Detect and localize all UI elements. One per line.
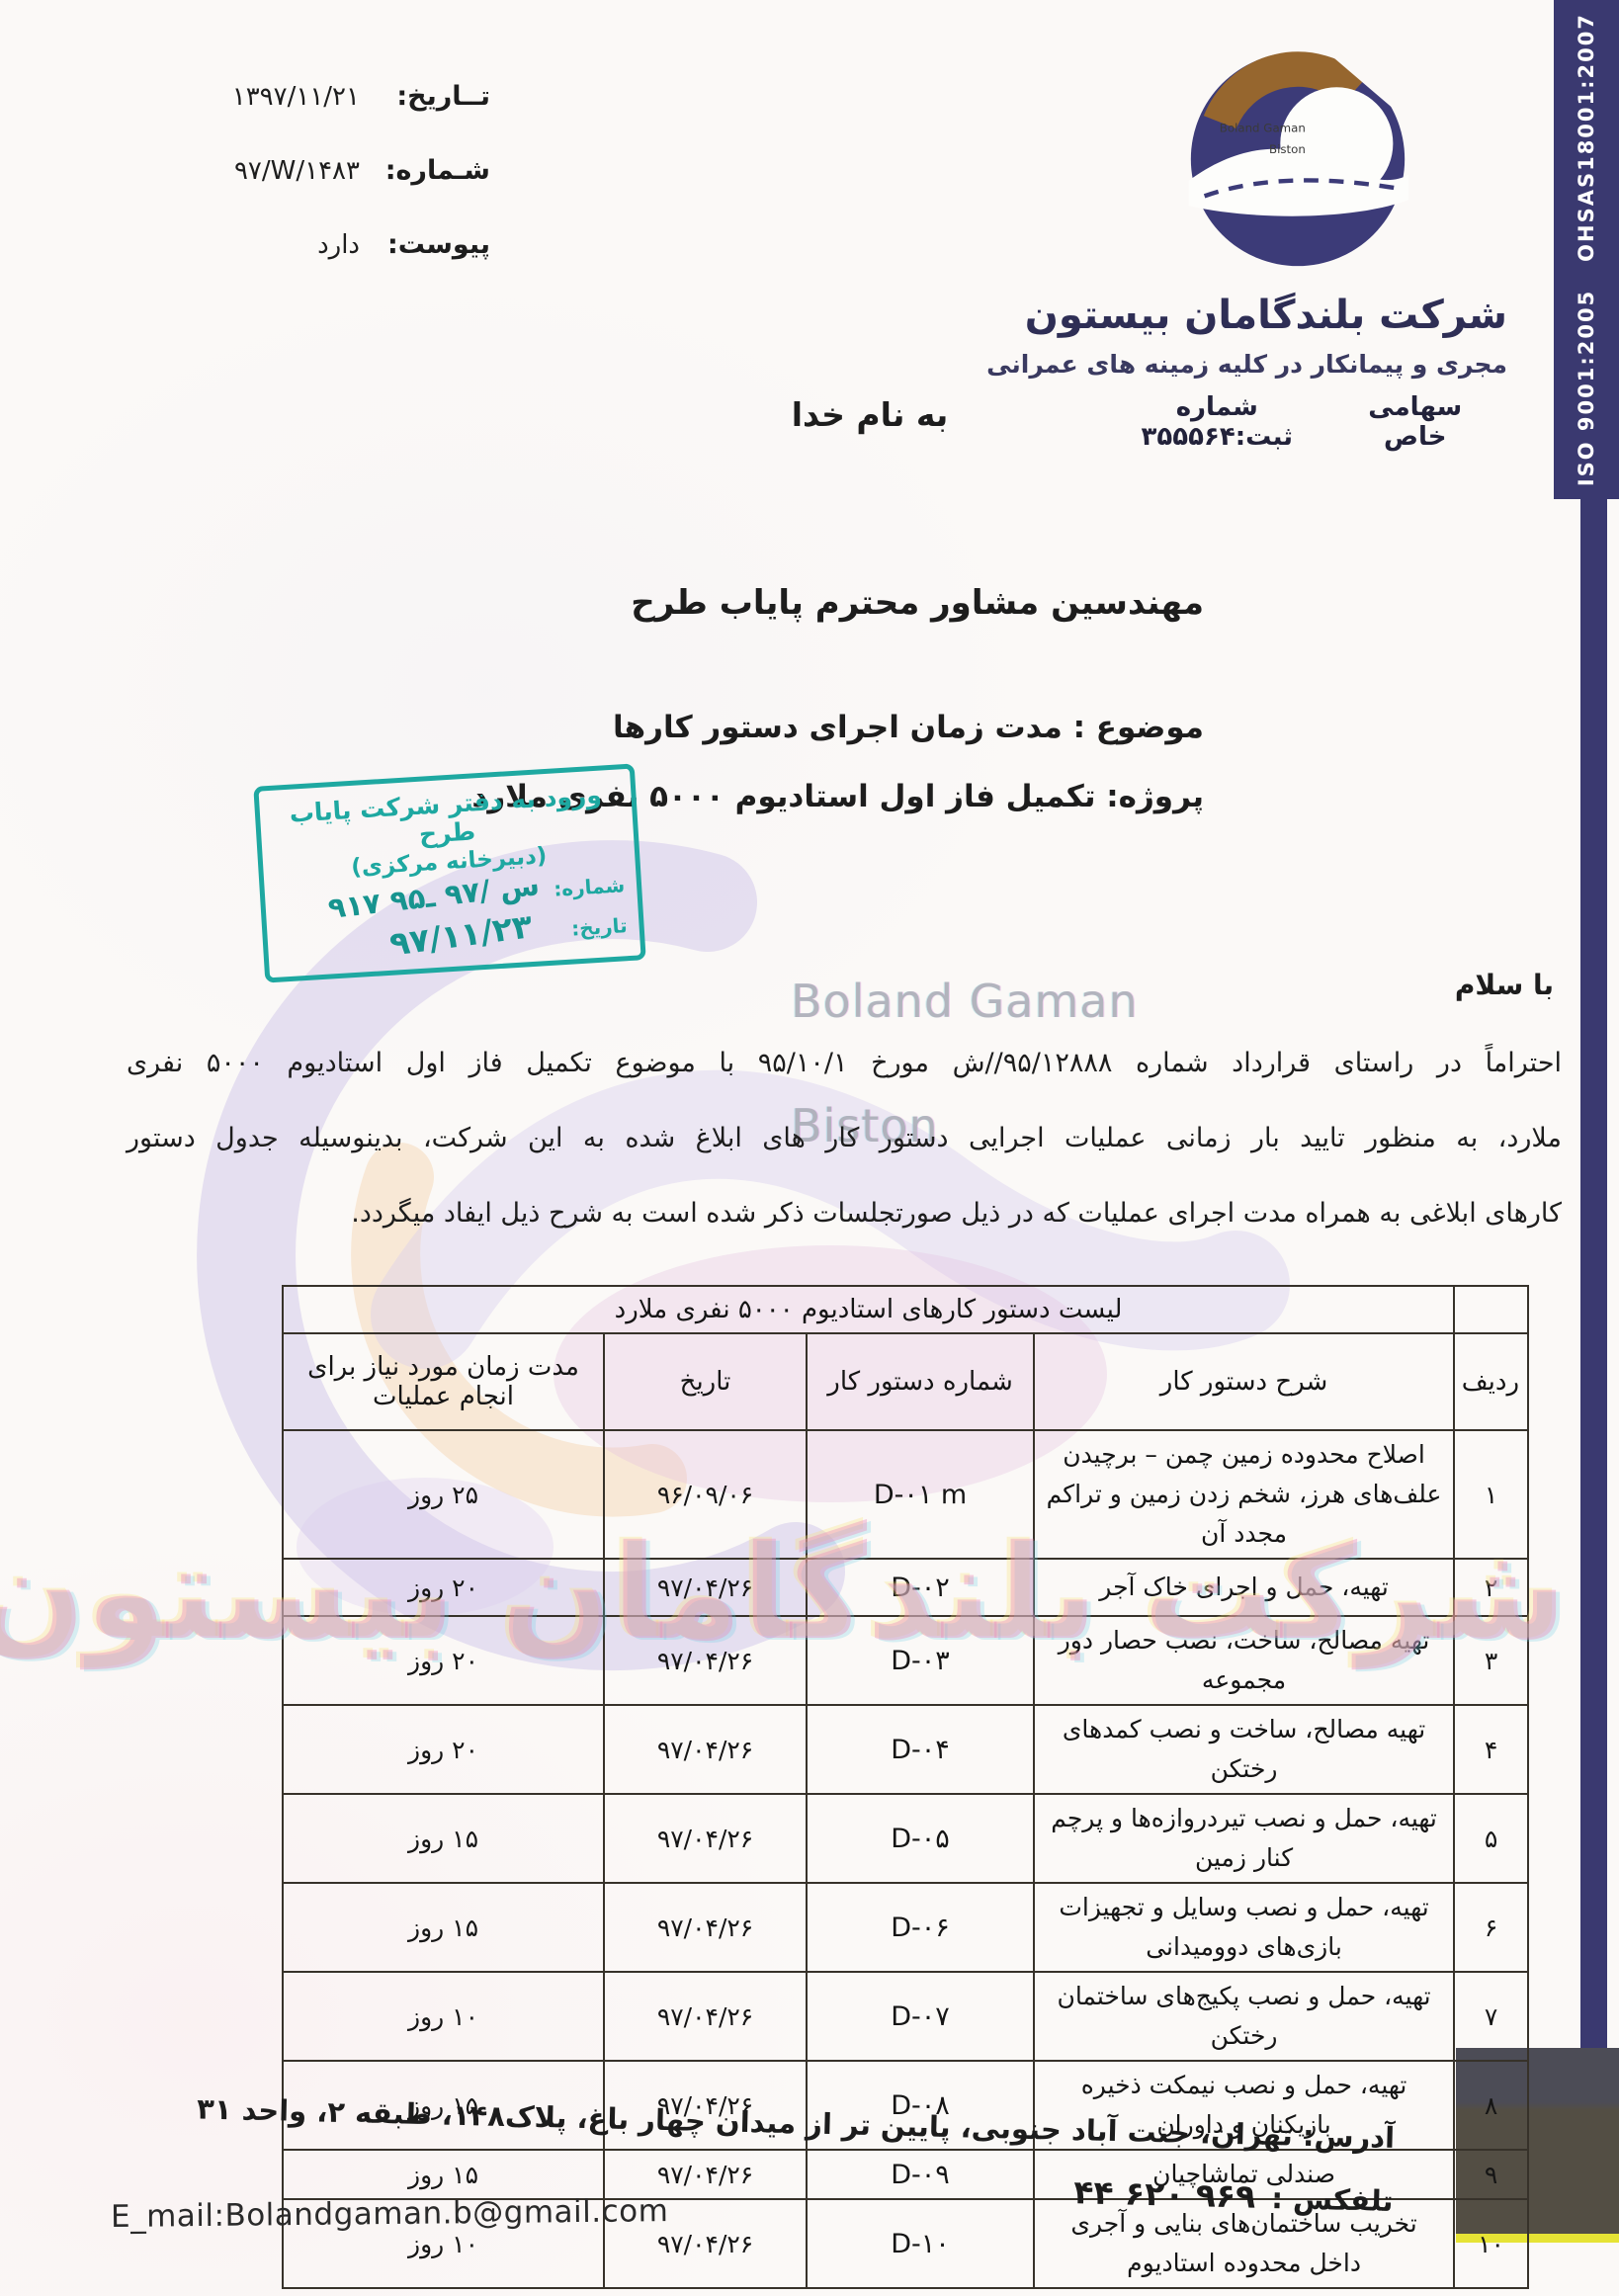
header-description: شرح دستور کار [1034, 1333, 1454, 1430]
table-row: ۷تهیه، حمل و نصب پکیج‌های ساختمان رختکنD… [283, 1972, 1528, 2061]
meta-attachment-row: پیوست: دارد [127, 229, 490, 260]
date-value: ۱۳۹۷/۱۱/۲۱ [232, 82, 360, 112]
cell-row-number: ۸ [1454, 2061, 1528, 2150]
telefax-label: تلفکس : [1271, 2181, 1394, 2218]
body-line: ملارد، به منظور تایید بار زمانی عملیات ا… [127, 1101, 1562, 1176]
company-name: شرکت بلندگامان بیستون [1087, 293, 1507, 338]
company-logo-graphic: Boland Gaman Biston [1181, 42, 1414, 277]
meta-date-row: تــاریخ: ۱۳۹۷/۱۱/۲۱ [127, 81, 490, 112]
cell-order-no: D-۰۱ m [807, 1430, 1034, 1559]
cell-description: تهیه مصالح، ساخت، نصب حصار دور مجموعه [1034, 1616, 1454, 1705]
header-order-no: شماره دستور کار [807, 1333, 1034, 1430]
cell-date: ۹۶/۰۹/۰۶ [604, 1430, 807, 1559]
cell-duration: ۲۰ روز [283, 1616, 604, 1705]
cell-duration: ۲۵ روز [283, 1430, 604, 1559]
cell-duration: ۱۵ روز [283, 1883, 604, 1972]
letter-meta-fields: تــاریخ: ۱۳۹۷/۱۱/۲۱ شـماره: ۹۷/W/۱۴۸۳ پی… [127, 81, 490, 303]
company-registration-row: سهامی خاص شماره ثبت:۳۵۵۵۶۴ [1087, 392, 1507, 452]
cell-description: تهیه، حمل و نصب وسایل و تجهیزات بازی‌های… [1034, 1883, 1454, 1972]
table-row: ۵تهیه، حمل و نصب تیردروازه‌ها و پرچم کنا… [283, 1794, 1528, 1883]
date-label: تــاریخ: [374, 81, 490, 112]
footer-email: E_mail:Bolandgaman.b@gmail.com [111, 2193, 669, 2235]
company-brand: Boland Gaman Biston شرکت بلندگامان بیستو… [1087, 42, 1507, 452]
table-row: ۲تهیه، حمل و اجرای خاک آجرD-۰۲۹۷/۰۴/۲۶۲۰… [283, 1559, 1528, 1616]
addressee-line: مهندسین مشاور محترم پایاب طرح [631, 583, 1204, 623]
cell-row-number: ۵ [1454, 1794, 1528, 1883]
cell-row-number: ۴ [1454, 1705, 1528, 1794]
table-row: ۳تهیه مصالح، ساخت، نصب حصار دور مجموعهD-… [283, 1616, 1528, 1705]
stamp-number-label: شماره: [554, 873, 626, 900]
company-tagline: مجری و پیمانکار در کلیه زمینه های عمرانی [1087, 350, 1507, 379]
entry-stamp: ورود به دفتر شرکت پایاب طرح (دبیرخانه مر… [253, 763, 645, 982]
cell-order-no: D-۰۵ [807, 1794, 1034, 1883]
cell-description: تهیه، حمل و اجرای خاک آجر [1034, 1559, 1454, 1616]
cell-order-no: D-۱۰ [807, 2199, 1034, 2288]
table-title: لیست دستور کارهای استادیوم ۵۰۰۰ نفری ملا… [283, 1286, 1454, 1333]
table-row: ۴تهیه مصالح، ساخت و نصب کمدهای رختکنD-۰۴… [283, 1705, 1528, 1794]
svg-text:Biston: Biston [1269, 142, 1306, 156]
cell-order-no: D-۰۷ [807, 1972, 1034, 2061]
table-row: ۱اصلاح محدوده زمین چمن – برچیدن علف‌های … [283, 1430, 1528, 1559]
cell-description: تهیه، حمل و نصب تیردروازه‌ها و پرچم کنار… [1034, 1794, 1454, 1883]
cell-date: ۹۷/۰۴/۲۶ [604, 1705, 807, 1794]
table-row: ۶تهیه، حمل و نصب وسایل و تجهیزات بازی‌ها… [283, 1883, 1528, 1972]
cell-row-number: ۹ [1454, 2150, 1528, 2199]
cell-date: ۹۷/۰۴/۲۶ [604, 1883, 807, 1972]
number-value: ۹۷/W/۱۴۸۳ [234, 156, 360, 186]
cell-date: ۹۷/۰۴/۲۶ [604, 1616, 807, 1705]
cell-row-number: ۲ [1454, 1559, 1528, 1616]
cell-description: اصلاح محدوده زمین چمن – برچیدن علف‌های ه… [1034, 1430, 1454, 1559]
cell-order-no: D-۰۶ [807, 1883, 1034, 1972]
cell-duration: ۲۰ روز [283, 1559, 604, 1616]
meta-number-row: شـماره: ۹۷/W/۱۴۸۳ [127, 155, 490, 186]
cell-description: تهیه، حمل و نصب پکیج‌های ساختمان رختکن [1034, 1972, 1454, 2061]
attachment-label: پیوست: [374, 229, 490, 260]
cell-row-number: ۷ [1454, 1972, 1528, 2061]
company-logo: Boland Gaman Biston [1181, 42, 1414, 277]
header-duration: مدت زمان مورد نیاز برای انجام عملیات [283, 1333, 604, 1430]
cell-row-number: ۳ [1454, 1616, 1528, 1705]
salutation: با سلام [1455, 969, 1554, 1001]
cell-row-number: ۶ [1454, 1883, 1528, 1972]
svg-text:Boland Gaman: Boland Gaman [1219, 121, 1305, 134]
attachment-value: دارد [317, 230, 360, 260]
table-header-row: ردیف شرح دستور کار شماره دستور کار تاریخ… [283, 1333, 1528, 1430]
iso-certification-text: ISO 9001:2005 OHSAS18001:2007 [1575, 13, 1598, 486]
body-line: کارهای ابلاغی به همراه مدت اجرای عملیات … [127, 1176, 1562, 1251]
cell-row-number: ۱۰ [1454, 2199, 1528, 2288]
number-label: شـماره: [374, 155, 490, 186]
company-type: سهامی خاص [1334, 392, 1495, 452]
cell-date: ۹۷/۰۴/۲۶ [604, 1794, 807, 1883]
cell-order-no: D-۰۳ [807, 1616, 1034, 1705]
cell-duration: ۲۰ روز [283, 1705, 604, 1794]
header-date: تاریخ [604, 1333, 807, 1430]
table-title-row: لیست دستور کارهای استادیوم ۵۰۰۰ نفری ملا… [283, 1286, 1528, 1333]
cell-order-no: D-۰۲ [807, 1559, 1034, 1616]
cell-description: تهیه مصالح، ساخت و نصب کمدهای رختکن [1034, 1705, 1454, 1794]
telefax-number: ۴۴ ۶۲۰ ۹۶۹ [1072, 2172, 1255, 2215]
cell-order-no: D-۰۴ [807, 1705, 1034, 1794]
letter-page: Boland Gaman Biston ISO 9001:2005 OHSAS1… [0, 0, 1619, 2296]
stamp-date-label: تاریخ: [570, 913, 628, 940]
cell-duration: ۱۰ روز [283, 1972, 604, 2061]
cell-date: ۹۷/۰۴/۲۶ [604, 1559, 807, 1616]
cell-date: ۹۷/۰۴/۲۶ [604, 1972, 807, 2061]
bismillah: به نام خدا [692, 395, 1048, 434]
iso-certification-strip: ISO 9001:2005 OHSAS18001:2007 [1554, 0, 1619, 499]
company-registration-number: شماره ثبت:۳۵۵۵۶۴ [1099, 392, 1334, 452]
cell-row-number: ۱ [1454, 1430, 1528, 1559]
subject-line: موضوع : مدت زمان اجرای دستور کارها [613, 710, 1204, 745]
body-line: احتراماً در راستای قرارداد شماره ۹۵/۱۲۸۸… [127, 1026, 1562, 1101]
right-edge-strip [1580, 499, 1607, 2049]
letter-body: احتراماً در راستای قرارداد شماره ۹۵/۱۲۸۸… [127, 1026, 1562, 1251]
header-row-number: ردیف [1454, 1333, 1528, 1430]
table-title-spacer [1454, 1286, 1528, 1333]
cell-duration: ۱۵ روز [283, 1794, 604, 1883]
